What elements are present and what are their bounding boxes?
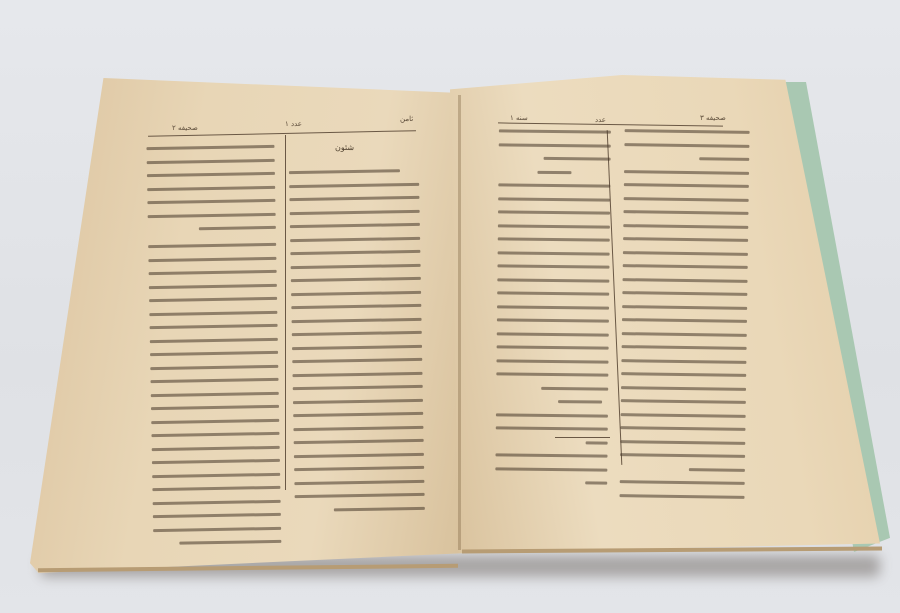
right-end-separator (555, 437, 610, 438)
book-spine (458, 95, 461, 550)
right-header-volume: سنه ١ (510, 114, 528, 122)
right-header-issue: عدد (595, 116, 606, 124)
left-header-volume: ثامن (400, 115, 413, 123)
left-section-title: شئون (335, 143, 354, 152)
left-page-column-1 (146, 145, 281, 556)
left-header-page-number: صحيفه ٢ (172, 124, 198, 132)
right-page-column-1 (495, 129, 611, 495)
right-header-page-number: صحيفه ٣ (700, 114, 726, 122)
right-page-column-2 (619, 129, 749, 509)
left-column-divider (285, 135, 286, 490)
left-page-column-2 (289, 169, 425, 522)
left-header-issue: عدد ١ (285, 120, 302, 128)
